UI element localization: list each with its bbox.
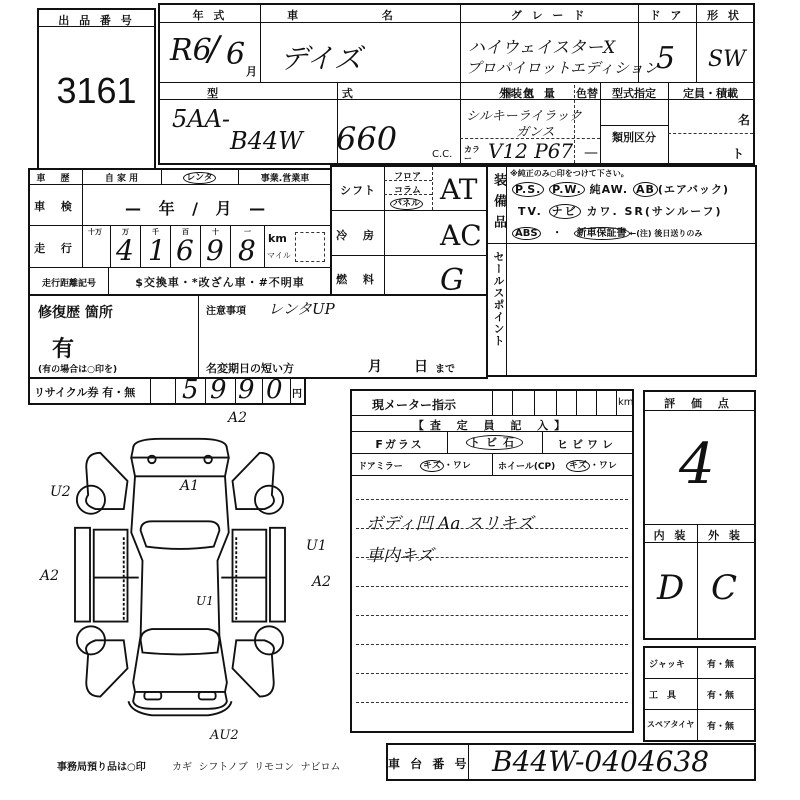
digit-label-100k: 十万 <box>88 227 102 237</box>
tools-value: 有・無 <box>707 688 734 701</box>
sales-point-label: セールスポイント <box>490 251 506 347</box>
damage-mark-hood: A1 <box>180 478 199 494</box>
sales-point-area <box>510 247 750 367</box>
name-change-day: 日 <box>414 356 428 376</box>
equipment-row2: TV. ナビ カワ. SR(サンルーフ) <box>518 203 723 219</box>
usage-option-rental: レンタ <box>161 170 238 183</box>
year-month-unit: 月 <box>246 63 257 79</box>
repair-history-value: 有 <box>52 332 74 363</box>
mirror-options: キズ・ワレ <box>420 458 471 471</box>
year-slash: / <box>208 29 219 69</box>
exterior-label: 外 装 <box>697 527 754 543</box>
recycle-label: リサイクル券 有・無 <box>34 384 135 400</box>
equip-airbag-note: (エアバック) <box>658 183 729 196</box>
year-label: 年 式 <box>160 7 260 23</box>
inspector-note-1: ボディ凹 Aa スリキズ <box>366 509 534 534</box>
damage-mark-right-front: U1 <box>306 538 327 554</box>
wheel-crack: ・ワレ <box>590 461 617 471</box>
equipment-label: 装備品 <box>489 173 508 236</box>
repair-history-label: 修復歴 箇所 <box>38 302 113 322</box>
equip-alloy-wheel: 純AW. <box>590 183 628 196</box>
model-code-line2: B44W <box>230 127 303 155</box>
mileage-digit-1: 8 <box>238 234 256 267</box>
mirror-label: ドアミラー <box>358 459 403 472</box>
repaint-label: 色替 <box>574 85 600 101</box>
displacement-value: 660 <box>336 120 397 158</box>
glass-chip-selected: トビ石 <box>466 435 523 450</box>
jack-value: 有・無 <box>707 657 734 670</box>
caution-label: 注意事項 <box>206 302 246 317</box>
equip-ps: P.S. <box>512 182 544 197</box>
model-code-label: 型 式 <box>160 85 460 101</box>
damage-mark-roof: U1 <box>196 594 214 608</box>
glass-front: Fガラス <box>352 436 447 452</box>
name-change-month: 月 <box>368 356 382 376</box>
score-label: 評 価 点 <box>645 395 754 411</box>
mirror-scratch-selected: キズ <box>420 460 444 472</box>
exterior-color-label: 外装色 <box>460 85 574 101</box>
year-value: R6 <box>170 33 212 68</box>
grade-line2: プロパイロットエディション <box>466 57 659 78</box>
office-items-list: カギ シフトノブ リモコン ナビロム <box>172 758 340 773</box>
car-damage-diagram <box>30 400 330 740</box>
capacity-label: 定員・積載 <box>668 85 753 101</box>
type-designation-label: 型式指定 <box>600 85 668 101</box>
equipment-row3: ABS ・ 新車保証書←(注) 後日送りのみ <box>512 224 702 239</box>
exterior-color-line2: ガンス <box>516 121 555 140</box>
mileage-digit-10: 9 <box>206 234 224 267</box>
equip-abs: ABS <box>512 227 541 240</box>
fuel-value: G <box>440 263 464 298</box>
usage-option-private: 自 家 用 <box>82 171 161 184</box>
damage-mark-right-side: A2 <box>312 574 331 590</box>
repair-history-note: (有の場合は○印を) <box>38 362 117 375</box>
usage-mileage-grid: 車 歴 自 家 用 レンタ 事業.営業車 車 検 — 年 / 月 — 走 行 十… <box>28 168 334 296</box>
doors-label: ド ア <box>638 7 696 23</box>
equip-sunroof: SR(サンルーフ) <box>625 205 723 218</box>
caution-value: レンタUP <box>268 298 335 319</box>
repaint-value: — <box>584 145 598 161</box>
interior-value: D <box>657 568 684 608</box>
inspection-label: 車 検 <box>30 198 82 214</box>
exterior-value: C <box>711 568 737 608</box>
equipment-note: ※純正のみ○印をつけて下さい。 <box>510 168 629 179</box>
equip-pw: P.W. <box>549 182 585 197</box>
name-change-suffix: まで <box>435 360 455 375</box>
spare-tire-value: 有・無 <box>707 719 734 732</box>
lot-number-box: 出 品 番 号 3161 <box>37 8 156 170</box>
recycle-unit: 円 <box>292 385 302 400</box>
year-month: 6 <box>226 37 245 72</box>
top-info-grid: 年 式 車 名 グ レ ー ド ド ア 形 状 R6 / 6 月 デイズ ハイウ… <box>158 3 755 165</box>
equip-navi: ナビ <box>549 204 581 219</box>
equip-tv: TV. <box>518 205 543 218</box>
equip-warranty-note: ←(注) 後日送りのみ <box>630 229 703 238</box>
score-panel: 評 価 点 4 内 装 外 装 D C <box>643 390 756 640</box>
inspector-note-2: 車内キズ <box>366 541 434 566</box>
equipment-row1: P.S. P.W. 純AW. AB(エアバック) <box>512 181 729 197</box>
car-name-value: デイズ <box>280 37 362 77</box>
mileage-unit-mile: マイル <box>267 250 291 261</box>
body-shape-value: SW <box>708 47 746 72</box>
displacement-unit: C.C. <box>432 149 452 160</box>
usage-label: 車 歴 <box>30 171 82 184</box>
lot-number: 3161 <box>39 70 154 112</box>
mirror-crack: ・ワレ <box>444 461 471 471</box>
mileage-code-label: 走行距離記号 <box>30 276 108 289</box>
glass-crack: ヒビワレ <box>542 436 632 452</box>
shift-option-floor: フロア <box>394 169 421 182</box>
shift-option-column: コラム <box>394 183 421 196</box>
wheel-options: キズ・ワレ <box>566 458 617 471</box>
score-value: 4 <box>679 432 715 497</box>
color-no-value: V12 P67 <box>488 139 573 163</box>
chassis-value: B44W-0404638 <box>492 745 709 778</box>
damage-mark-left-front: U2 <box>50 484 71 500</box>
aircon-value: AC <box>440 219 482 252</box>
capacity-persons-unit: 名 <box>738 111 750 128</box>
spare-tire-label: スペアタイヤ <box>647 719 694 730</box>
mileage-digit-100: 6 <box>176 234 194 267</box>
equip-sep: ・ <box>552 228 562 239</box>
equipment-grid: 装備品 ※純正のみ○印をつけて下さい。 P.S. P.W. 純AW. AB(エア… <box>486 165 757 377</box>
mile-box <box>295 232 325 262</box>
inspector-header: 【査 定 員 記 入】 <box>352 417 632 433</box>
usage-selected-rental: レンタ <box>183 172 215 184</box>
damage-mark-left-side: A2 <box>40 568 59 584</box>
accessories-panel: ジャッキ 有・無 工 具 有・無 スペアタイヤ 有・無 <box>643 646 756 742</box>
wheel-label: ホイール(CP) <box>498 459 555 472</box>
office-items-label: 事務局預り品は○印 <box>57 758 146 773</box>
repair-caution-grid: 修復歴 箇所 有 (有の場合は○印を) 注意事項 レンタUP 名変期日の短い方 … <box>28 294 488 379</box>
meter-unit: km <box>618 397 634 408</box>
equip-warranty: 新車保証書 <box>574 227 630 240</box>
grade-label: グ レ ー ド <box>460 7 638 23</box>
mileage-digit-1k: 1 <box>148 234 166 267</box>
model-code-line1: 5AA- <box>172 105 230 133</box>
chassis-number-box: 車 台 番 号 B44W-0404638 <box>386 743 756 781</box>
fuel-label: 燃 料 <box>332 271 384 287</box>
shift-value: AT <box>440 173 477 206</box>
inspector-panel: 現メーター指示 km 【査 定 員 記 入】 Fガラス トビ石 ヒビワレ ドアミ… <box>350 389 634 733</box>
equip-airbag: AB <box>633 182 658 197</box>
glass-chip: トビ石 <box>447 434 542 450</box>
wheel-scratch-selected: キズ <box>566 460 590 472</box>
inspection-value: — 年 / 月 — <box>125 196 271 219</box>
doors-value: 5 <box>656 41 675 76</box>
name-change-label: 名変期日の短い方 <box>206 360 294 376</box>
shift-selected-panel: パネル <box>390 198 423 210</box>
mileage-digit-10k: 4 <box>116 234 134 267</box>
tools-label: 工 具 <box>649 688 676 701</box>
shift-label: シフト <box>332 182 384 198</box>
meter-label: 現メーター指示 <box>372 396 456 413</box>
aircon-label: 冷 房 <box>332 227 384 243</box>
shift-ac-fuel-grid: シフト フロア コラム パネル AT 冷 房 AC 燃 料 G <box>330 165 490 300</box>
interior-label: 内 装 <box>645 527 697 543</box>
damage-mark-front: A2 <box>228 410 247 426</box>
car-name-label: 車 名 <box>260 7 460 23</box>
shift-option-panel: パネル <box>390 196 423 209</box>
jack-label: ジャッキ <box>649 657 685 670</box>
equip-leather: カワ. <box>586 205 618 218</box>
usage-option-business: 事業.営業車 <box>238 171 332 184</box>
damage-mark-rear: AU2 <box>210 728 239 743</box>
grade-line1: ハイウェイスターX <box>468 33 615 58</box>
chassis-label: 車 台 番 号 <box>388 755 468 772</box>
category-label: 類別区分 <box>600 129 668 145</box>
body-shape-label: 形 状 <box>696 7 753 23</box>
mileage-code-options: $交換車・*改ざん車・#不明車 <box>108 274 332 290</box>
mileage-label: 走 行 <box>30 240 82 256</box>
mileage-unit-km: km <box>268 232 287 245</box>
